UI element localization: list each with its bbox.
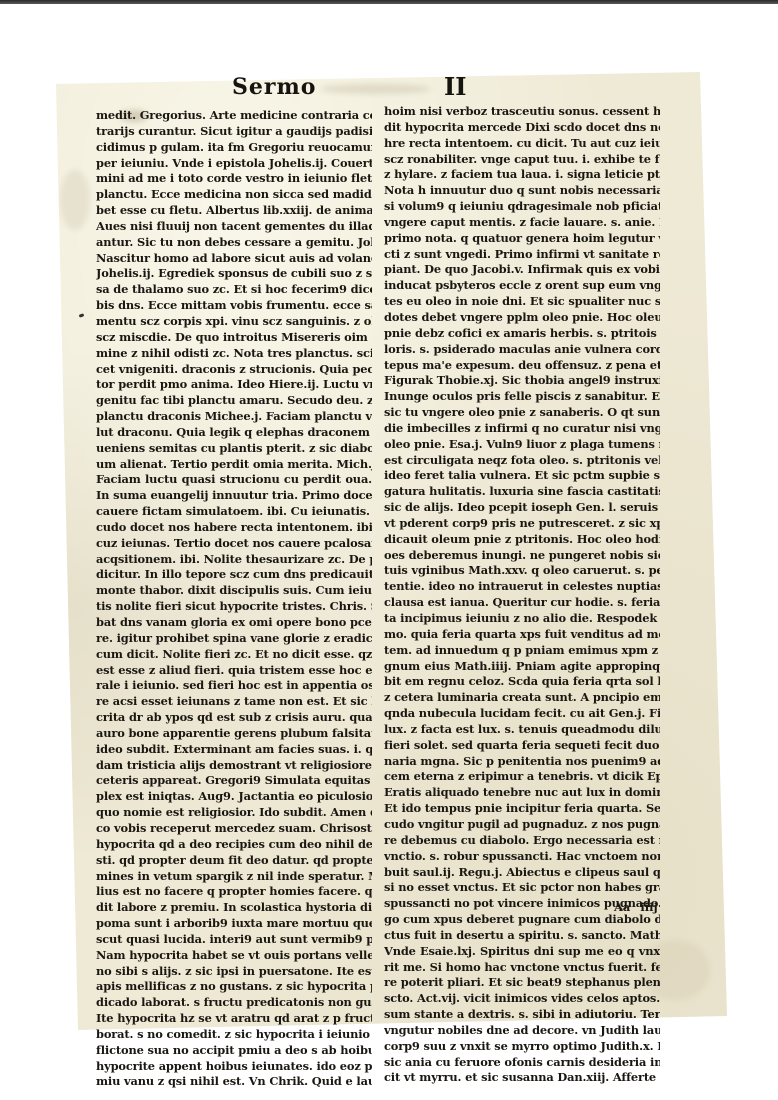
text-column-right: hoim nisi verboz trasceutiu sonus. cesse… [384,104,660,1086]
text-line: sic de alijs. Ideo pcepit ioseph Gen. l.… [384,500,660,516]
text-line: genitu fac tibi planctu amaru. Secudo de… [96,393,372,409]
text-line: go cum xpus deberet pugnare cum diabolo … [384,912,660,928]
text-line: lut draconu. Quia legik q elephas dracon… [96,425,372,441]
text-line: sa de thalamo suo zc. Et si hoc fecerim9… [96,282,372,298]
scan-top-border [0,0,778,4]
text-line: scz ronabiliter. vnge caput tuu. i. exhi… [384,152,660,168]
text-line: cit vt myrru. et sic susanna Dan.xiij. A… [384,1070,660,1086]
text-line: rit me. Si homo hac vnctone vnctus fueri… [384,960,660,976]
text-line: piant. De quo Jacobi.v. Infirmak quis ex… [384,262,660,278]
text-line: re acsi esset ieiunans z tame non est. E… [96,694,372,710]
text-line: Nam hypocrita habet se vt ouis portans v… [96,948,372,964]
text-line: tem. ad innuedum q p pniam emimus xpm z … [384,643,660,659]
running-header: Sermo II [232,74,492,102]
text-line: lux. z facta est lux. s. tenuis queadmod… [384,722,660,738]
text-line: scut quasi lucida. interi9 aut sunt verm… [96,932,372,948]
text-line: Et ido tempus pnie incipitur feria quart… [384,801,660,817]
text-line: hre recta intentoem. cu dicit. Tu aut cu… [384,136,660,152]
text-line: z cetera luminaria creata sunt. A pncipi… [384,690,660,706]
text-line: borat. s no comedit. z sic hypocrita i i… [96,1027,372,1043]
text-line: est esse z aliud fieri. quia tristem ess… [96,663,372,679]
text-line: mine z nihil odisti zc. Nota tres planct… [96,346,372,362]
text-line: ceteris appareat. Gregori9 Simulata equi… [96,773,372,789]
text-line: ideo feret talia vulnera. Et sic pctm su… [384,468,660,484]
text-line: ctus fuit in desertu a spiritu. s. sanct… [384,928,660,944]
text-line: loris. s. psiderado maculas anie vulnera… [384,342,660,358]
text-line: cudo docet nos habere recta intentonem. … [96,520,372,536]
text-line: per ieiuniu. Vnde i epistola Johelis.ij.… [96,156,372,172]
text-line: vt pderent corp9 pris ne putresceret. z … [384,516,660,532]
text-line: In suma euangelij innuutur tria. Primo d… [96,488,372,504]
text-line: vnctio. s. robur spussancti. Hac vnctoem… [384,849,660,865]
text-line: um alienat. Tertio perdit omia merita. M… [96,457,372,473]
text-line: no sibi s alijs. z sic ipsi in puersaton… [96,964,372,980]
text-line: cuz ieiunas. Tertio docet nos cauere pca… [96,536,372,552]
text-line: scz miscdie. De quo introitus Misereris … [96,330,372,346]
text-line: oes deberemus inungi. ne pungeret nobis … [384,548,660,564]
text-line: Inunge oculos pris felle piscis z sanabi… [384,389,660,405]
text-line: gatura hulitatis. luxuria sine fascia ca… [384,484,660,500]
text-line: crita dr ab ypos qd est sub z crisis aur… [96,710,372,726]
text-line: rale i ieiunio. sed fieri hoc est in app… [96,678,372,694]
text-line: sic ania cu feruore ofonis carnis deside… [384,1055,660,1071]
text-line: qnda nubecula lucidam fecit. cu ait Gen.… [384,706,660,722]
text-line: dicauit oleum pnie z ptritonis. Hoc oleo… [384,532,660,548]
text-line: cem eterna z eripimur a tenebris. vt dic… [384,769,660,785]
text-line: clausa est ianua. Queritur cur hodie. s.… [384,595,660,611]
text-line: ta incipimus ieiuniu z no alio die. Resp… [384,611,660,627]
text-line: ideo subdit. Exterminant am facies suas.… [96,742,372,758]
text-line: Eratis aliquado tenebre nuc aut lux in d… [384,785,660,801]
text-line: dit labore z premiu. In scolastica hysto… [96,900,372,916]
text-line: auro bone apparentie gerens plubum falsi… [96,726,372,742]
text-line: apis mellificas z no gustans. z sic hypo… [96,979,372,995]
text-line: tepus ma'e expesum. deu offensuz. z pena… [384,358,660,374]
text-line: tuis vginibus Math.xxv. q oleo caruerut.… [384,563,660,579]
text-line: dit hypocrita mercede Dixi scdo docet dn… [384,120,660,136]
text-line: sic tu vngere oleo pnie z sanaberis. O q… [384,405,660,421]
text-line: z hylare. z faciem tua laua. i. signa le… [384,167,660,183]
text-line: bit em regnu celoz. Scda quia feria qrta… [384,674,660,690]
signature-mark: Aa iiij [614,900,658,914]
text-line: dotes debet vngere pplm oleo pnie. Hoc o… [384,310,660,326]
text-line: bis dns. Ecce mittam vobis frumentu. ecc… [96,298,372,314]
text-line: naria mgna. Sic p penitentia nos puenim9… [384,754,660,770]
text-line: tor perdit pmo anima. Ideo Hiere.ij. Luc… [96,377,372,393]
text-line: cti z sunt vngedi. Primo infirmi vt sani… [384,247,660,263]
text-line: mentu scz corpis xpi. vinu scz sanguinis… [96,314,372,330]
text-line: si volum9 q ieiuniu qdragesimale nob pfi… [384,199,660,215]
text-line: co vobis receperut mercedez suam. Chriso… [96,821,372,837]
text-line: die imbecilles z infirmi q no curatur ni… [384,421,660,437]
text-line: Vnde Esaie.lxj. Spiritus dni sup me eo q… [384,944,660,960]
text-line: ueniens semitas cu plantis pterit. z sic… [96,441,372,457]
text-line: mini ad me i toto corde vestro in ieiuni… [96,171,372,187]
folio-number: II [444,72,466,101]
text-line: re poterit pliari. Et sic beat9 stephanu… [384,975,660,991]
text-line: tis nolite fieri sicut hypocrite tristes… [96,599,372,615]
text-line: Nota h innuutur duo q sunt nobis necessa… [384,183,660,199]
header-title: Sermo [232,74,316,100]
text-line: cidimus p gulam. ita fm Gregoriu reuocam… [96,140,372,156]
text-line: mines in vetum spargik z nil inde sperat… [96,869,372,885]
text-line: Faciam luctu quasi strucionu cu perdit o… [96,472,372,488]
text-column-left: medit. Gregorius. Arte medicine contrari… [96,108,372,1090]
text-line: sum stante a dextris. s. sibi in adiutor… [384,1007,660,1023]
text-line: tes eu oleo in noie dni. Et sic spualite… [384,294,660,310]
text-line: acqsitionem. ibi. Nolite thesaurizare zc… [96,552,372,568]
text-line: hypocrita qd a deo recipies cum deo nihi… [96,837,372,853]
text-line: dicado laborat. s fructu predicatonis no… [96,995,372,1011]
text-line: Ite hypocrita hz se vt aratru qd arat z … [96,1011,372,1027]
text-line: hoim nisi verboz trasceutiu sonus. cesse… [384,104,660,120]
text-line: buit saul.ij. Regu.j. Abiectus e clipeus… [384,865,660,881]
text-line: cet vnigeniti. draconis z strucionis. Qu… [96,362,372,378]
text-line: medit. Gregorius. Arte medicine contrari… [96,108,372,124]
text-line: poma sunt i arborib9 iuxta mare mortuu q… [96,916,372,932]
text-line: trarijs curantur. Sicut igitur a gaudijs… [96,124,372,140]
text-line: scto. Act.vij. vicit inimicos vides celo… [384,991,660,1007]
text-line: vngere caput mentis. z facie lauare. s. … [384,215,660,231]
text-line: tentie. ideo no intrauerut in celestes n… [384,579,660,595]
text-line: Aues nisi fluuij non tacent gementes du … [96,219,372,235]
text-line: planctu draconis Michee.j. Faciam planct… [96,409,372,425]
text-line: monte thabor. dixit discipulis suis. Cum… [96,583,372,599]
text-line: bet esse cu fletu. Albertus lib.xxiij. d… [96,203,372,219]
text-line: pnie debz cofici ex amaris herbis. s. pt… [384,326,660,342]
text-line: planctu. Ecce medicina non sicca sed mad… [96,187,372,203]
text-line: hypocrite appent hoibus ieiunates. ido e… [96,1059,372,1075]
text-line: gnum eius Math.iiij. Pniam agite appropi… [384,659,660,675]
text-line: inducat psbyteros eccle z orent sup eum … [384,278,660,294]
text-line: flictone sua no accipit pmiu a deo s ab … [96,1043,372,1059]
paper-stain [60,170,90,230]
text-line: plex est iniqtas. Aug9. Jactantia eo pic… [96,789,372,805]
text-line: re. igitur prohibet spina vane glorie z … [96,631,372,647]
text-line: antur. Sic tu non debes cessare a gemitu… [96,235,372,251]
text-line: corp9 suu z vnxit se myrro optimo Judith… [384,1039,660,1055]
text-line: primo nota. q quatuor genera hoim legutu… [384,231,660,247]
text-line: fieri solet. sed quarta feria sequeti fe… [384,738,660,754]
text-line: cauere fictam simulatoem. ibi. Cu ieiuna… [96,504,372,520]
text-line: sti. qd propter deum fit deo datur. qd p… [96,853,372,869]
text-line: vngutur nobiles dne ad decore. vn Judith… [384,1023,660,1039]
text-line: cum dicit. Nolite fieri zc. Et no dicit … [96,647,372,663]
text-line: quo nomie est religiosior. Ido subdit. A… [96,805,372,821]
text-line: Figurak Thobie.xj. Sic thobia angel9 ins… [384,373,660,389]
text-line: bat dns vanam gloria ex omi opere bono p… [96,615,372,631]
text-line: dam tristicia alijs demostrant vt religi… [96,758,372,774]
text-line: miu vanu z qsi nihil est. Vn Chrik. Quid… [96,1074,372,1090]
text-line: re debemus cu diabolo. Ergo necessaria e… [384,833,660,849]
text-line: Nascitur homo ad labore sicut auis ad vo… [96,251,372,267]
text-line: mo. quia feria quarta xps fuit venditus … [384,627,660,643]
text-line: si no esset vnctus. Et sic pctor non hab… [384,880,660,896]
text-line: dicitur. In illo tepore scz cum dns pred… [96,567,372,583]
text-line: Johelis.ij. Egrediek sponsus de cubili s… [96,266,372,282]
text-line: cudo vngitur pugil ad pugnaduz. z nos pu… [384,817,660,833]
text-line: oleo pnie. Esa.j. Vuln9 liuor z plaga tu… [384,437,660,453]
text-line: est circuligata neqz fota oleo. s. ptrit… [384,453,660,469]
text-line: lius est no facere q propter homies face… [96,884,372,900]
